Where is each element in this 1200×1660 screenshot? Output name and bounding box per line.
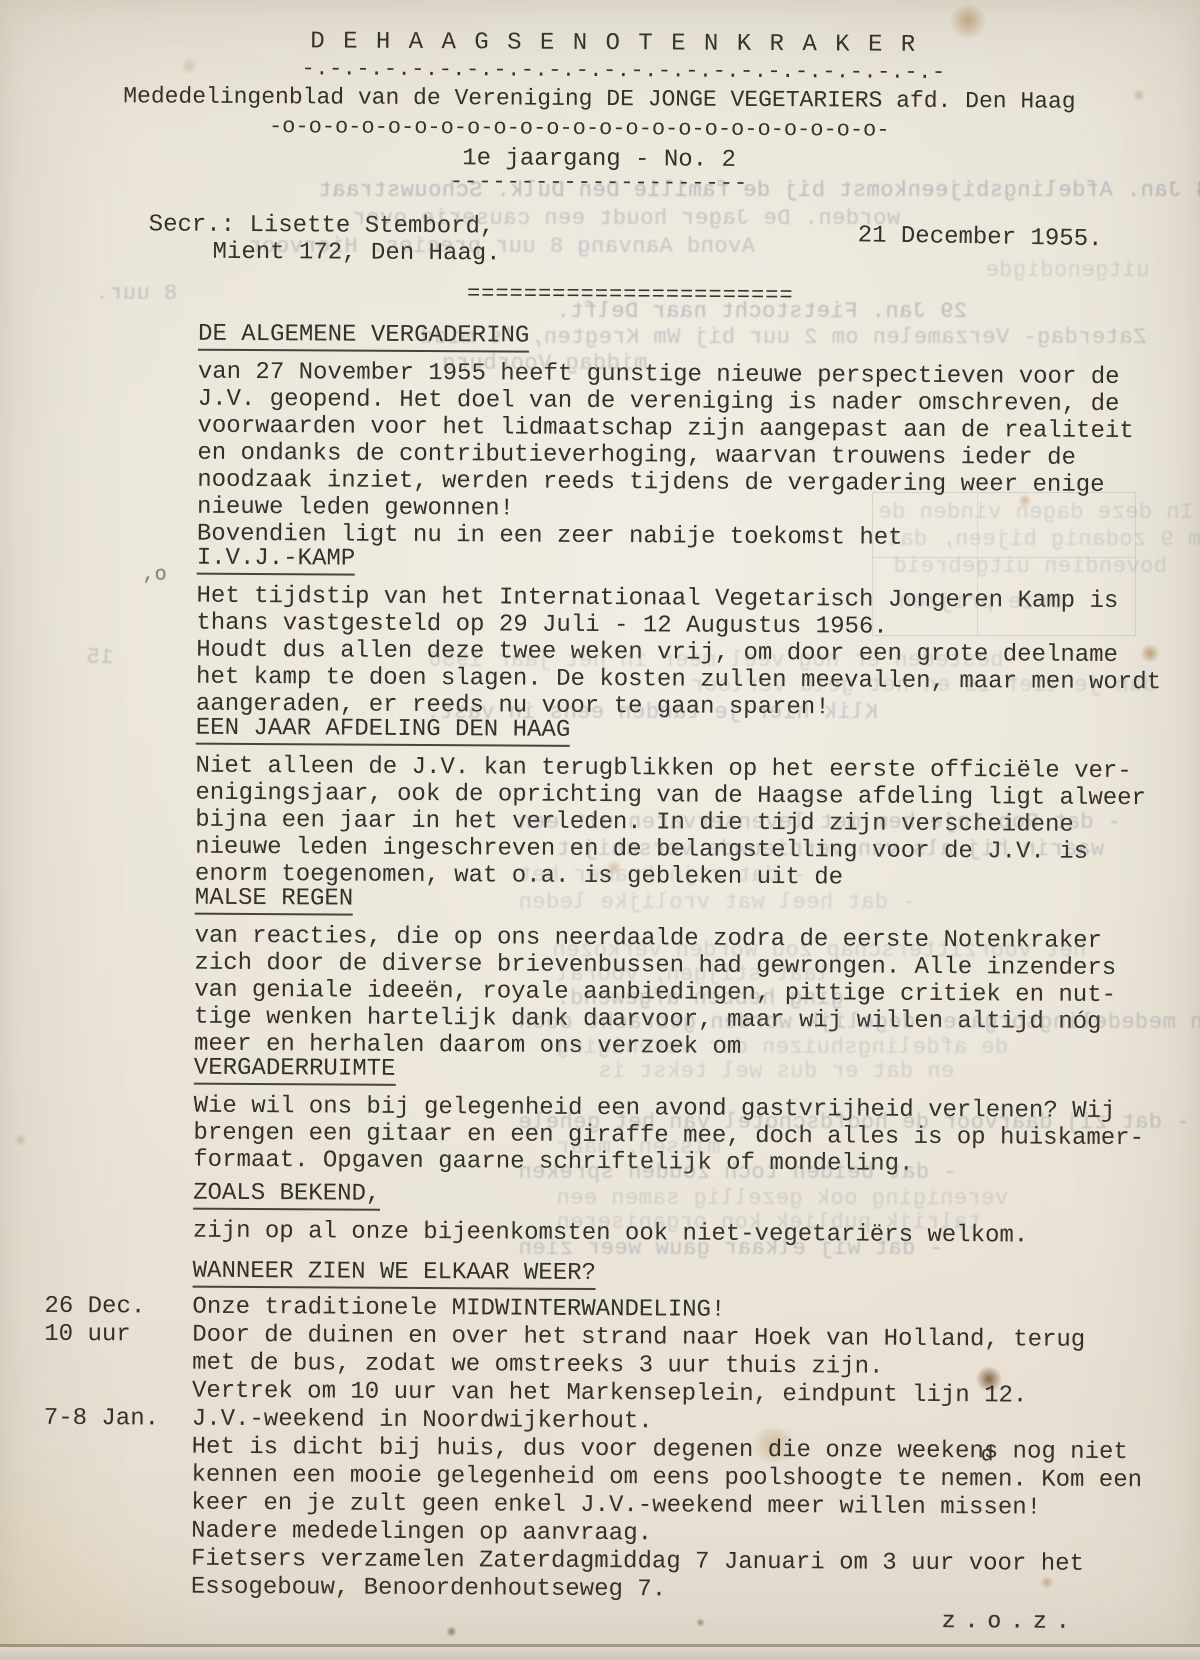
agenda-date-label: 26 Dec. (44, 1293, 145, 1322)
issue-date: 21 December 1955. (858, 222, 1103, 253)
agenda-line: Onze traditionele MIDWINTERWANDELING! (192, 1294, 725, 1324)
agenda-line: kennen een mooie gelegenheid om eens poo… (191, 1462, 1142, 1494)
paper-sheet: 14 Jan. Afdelingsbijeenkomst bij de fami… (0, 0, 1200, 1660)
section-een-jaar-afdeling: EEN JAAR AFDELING DEN HAAG Niet alleen d… (195, 715, 1186, 894)
section-heading: ZOALS BEKEND, (193, 1180, 1183, 1213)
secretary-address: Secr.: Lisette Stembord, Mient 172, Den … (148, 211, 500, 267)
agenda-line: met de bus, zodat we omstreeks 3 uur thu… (192, 1350, 883, 1381)
section-heading-text: I.V.J.-KAMP (197, 545, 356, 576)
zoz-note: z.o.z. (942, 1608, 1079, 1635)
secretary-line: Mient 172, Den Haag. (148, 238, 500, 267)
section-heading-text: VERGADERRUIMTE (194, 1055, 396, 1086)
scan-background-strip (0, 1647, 1200, 1660)
body-line: zijn op al onze bijeenkomsten ook niet-v… (193, 1218, 1183, 1251)
agenda-time-label: 10 uur (44, 1321, 131, 1349)
agenda-line: Door de duinen en over het strand naar H… (192, 1322, 1085, 1354)
newsletter-body: DE ALGEMENE VERGADERING van 27 November … (0, 320, 1198, 1608)
agenda-row: Essogebouw, Benoordenhoutseweg 7. (191, 1574, 1181, 1608)
section-agenda: WANNEER ZIEN WE ELKAAR WEER? 26 Dec. Onz… (191, 1258, 1183, 1608)
section-heading: WANNEER ZIEN WE ELKAAR WEER? (193, 1258, 1183, 1291)
section-zoals-bekend: ZOALS BEKEND, zijn op al onze bijeenkoms… (193, 1180, 1183, 1251)
section-algemene-vergadering: DE ALGEMENE VERGADERING van 27 November … (197, 321, 1188, 554)
paragraph: Het tijdstip van het Internationaal Vege… (196, 583, 1187, 724)
agenda-line-part: Het is dicht bij huis, dus voor degenen … (192, 1434, 984, 1466)
section-heading-text: WANNEER ZIEN WE ELKAAR WEER? (193, 1258, 596, 1290)
agenda-line: Essogebouw, Benoordenhoutseweg 7. (191, 1574, 666, 1604)
agenda-list: 26 Dec. Onze traditionele MIDWINTERWANDE… (191, 1294, 1183, 1608)
section-heading: DE ALGEMENE VERGADERING (198, 321, 1188, 354)
agenda-line: Fietsers verzamelen Zaterdagmiddag 7 Jan… (191, 1546, 1084, 1578)
stray-typed-mark: ,o (143, 563, 167, 586)
paragraph: Niet alleen de J.V. kan terugblikken op … (195, 753, 1186, 894)
agenda-line: J.V.-weekend in Noordwijkerhout. (192, 1406, 653, 1436)
newsletter-header: D E H A A G S E N O T E N K R A K E R -.… (0, 0, 1200, 193)
paper-discoloration (0, 1420, 220, 1660)
agenda-line-part: s nog niet (984, 1438, 1128, 1466)
divider-rule: ======================= (30, 279, 1200, 312)
paragraph: van 27 November 1955 heeft gunstige nieu… (197, 359, 1188, 554)
page-title: D E H A A G S E N O T E N K R A K E R (14, 0, 1200, 62)
secretary-line: Secr.: Lisette Stembord, (149, 211, 501, 240)
body-line: formaat. Opgaven gaarne schriftelijk of … (193, 1147, 1183, 1180)
section-heading-text: DE ALGEMENE VERGADERING (198, 321, 529, 353)
agenda-line: keer en je zult geen enkel J.V.-weekend … (191, 1490, 1041, 1522)
section-ivj-kamp: I.V.J.-KAMP Het tijdstip van het Interna… (196, 545, 1187, 724)
paragraph: Wie wil ons bij gelegenheid een avond ga… (193, 1093, 1183, 1180)
section-heading-text: MALSE REGEN (195, 885, 354, 916)
section-heading-text: EEN JAAR AFDELING DEN HAAG (196, 715, 571, 747)
masthead-row: Secr.: Lisette Stembord, Mient 172, Den … (0, 211, 1199, 272)
section-vergaderruimte: VERGADERRUIMTE Wie wil ons bij gelegenhe… (193, 1055, 1184, 1180)
agenda-line: Nadere mededelingen op aanvraag. (191, 1518, 652, 1548)
section-heading-text: ZOALS BEKEND, (193, 1180, 380, 1211)
paragraph: zijn op al onze bijeenkomsten ook niet-v… (193, 1218, 1183, 1251)
paragraph: van reacties, die op ons neerdaalde zodr… (194, 923, 1185, 1064)
section-malse-regen: MALSE REGEN van reacties, die op ons nee… (194, 885, 1185, 1064)
agenda-line: Vertrek om 10 uur van het Markenseplein,… (192, 1378, 1027, 1410)
